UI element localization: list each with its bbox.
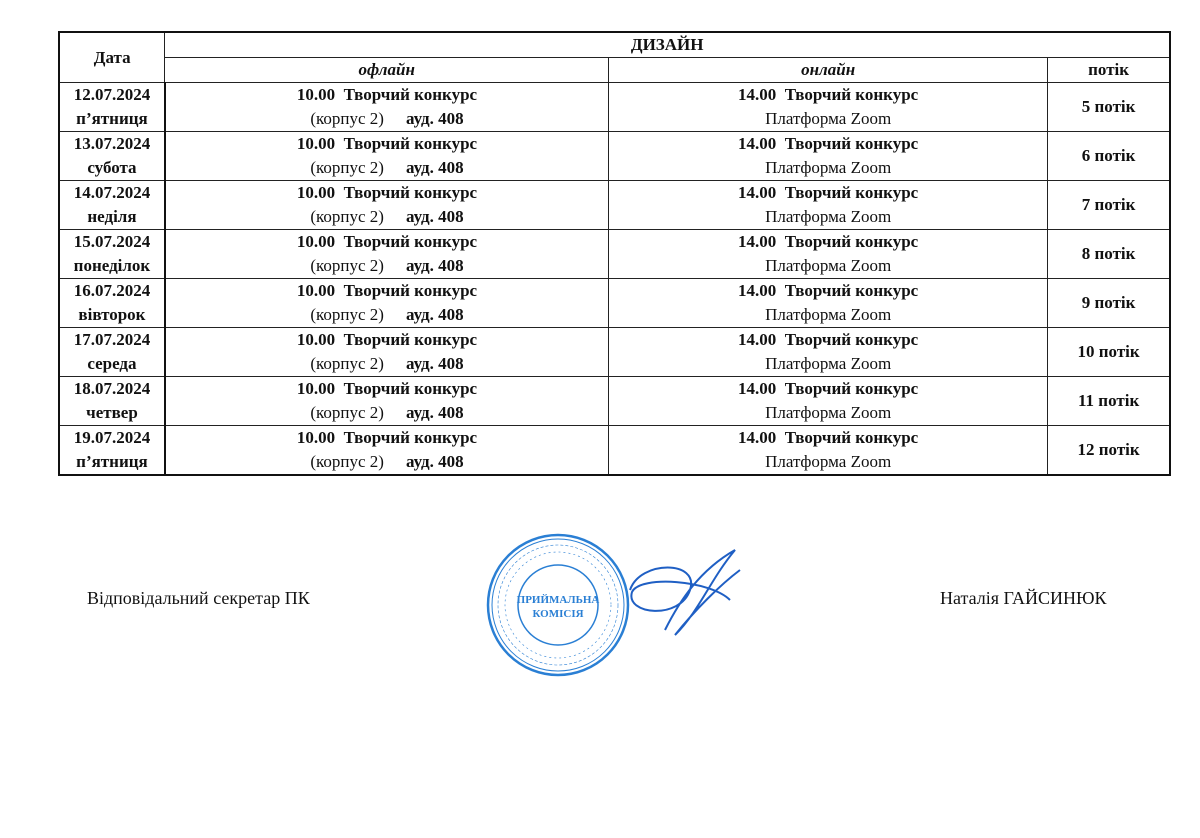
- date: 15.07.2024: [60, 230, 164, 254]
- online-platform: Платформа Zoom: [609, 450, 1047, 474]
- offline-time-event: 10.00 Творчий конкурс: [166, 83, 608, 107]
- date-cell: 17.07.2024 середа: [59, 328, 165, 377]
- offline-room: ауд. 408: [406, 158, 464, 177]
- online-platform: Платформа Zoom: [609, 205, 1047, 229]
- date-cell: 12.07.2024 п’ятниця: [59, 83, 165, 132]
- table-row: 18.07.2024 четвер 10.00 Творчий конкурс …: [59, 377, 1170, 426]
- stream-cell: 10 потік: [1048, 328, 1170, 377]
- table-row: 15.07.2024 понеділок 10.00 Творчий конку…: [59, 230, 1170, 279]
- header-online: онлайн: [609, 58, 1048, 83]
- stream-cell: 7 потік: [1048, 181, 1170, 230]
- date: 16.07.2024: [60, 279, 164, 303]
- offline-building: (корпус 2): [310, 256, 384, 275]
- table-row: 14.07.2024 неділя 10.00 Творчий конкурс …: [59, 181, 1170, 230]
- online-cell: 14.00 Творчий конкурс Платформа Zoom: [609, 279, 1048, 328]
- offline-cell: 10.00 Творчий конкурс (корпус 2)ауд. 408: [165, 230, 609, 279]
- stream-cell: 9 потік: [1048, 279, 1170, 328]
- date-cell: 15.07.2024 понеділок: [59, 230, 165, 279]
- table-row: 13.07.2024 субота 10.00 Творчий конкурс …: [59, 132, 1170, 181]
- signatory-position: Відповідальний секретар ПК: [87, 588, 310, 609]
- offline-cell: 10.00 Творчий конкурс (корпус 2)ауд. 408: [165, 426, 609, 476]
- online-time-event: 14.00 Творчий конкурс: [609, 230, 1047, 254]
- online-cell: 14.00 Творчий конкурс Платформа Zoom: [609, 83, 1048, 132]
- offline-room: ауд. 408: [406, 109, 464, 128]
- offline-cell: 10.00 Творчий конкурс (корпус 2)ауд. 408: [165, 83, 609, 132]
- weekday: вівторок: [60, 303, 164, 327]
- offline-room: ауд. 408: [406, 305, 464, 324]
- stream-cell: 8 потік: [1048, 230, 1170, 279]
- table-row: 16.07.2024 вівторок 10.00 Творчий конкур…: [59, 279, 1170, 328]
- offline-building: (корпус 2): [310, 109, 384, 128]
- date-cell: 14.07.2024 неділя: [59, 181, 165, 230]
- online-cell: 14.00 Творчий конкурс Платформа Zoom: [609, 377, 1048, 426]
- online-time-event: 14.00 Творчий конкурс: [609, 132, 1047, 156]
- offline-building: (корпус 2): [310, 354, 384, 373]
- online-time-event: 14.00 Творчий конкурс: [609, 328, 1047, 352]
- svg-text:КОМІСІЯ: КОМІСІЯ: [532, 608, 583, 620]
- offline-time-event: 10.00 Творчий конкурс: [166, 230, 608, 254]
- offline-cell: 10.00 Творчий конкурс (корпус 2)ауд. 408: [165, 328, 609, 377]
- table-row: 17.07.2024 середа 10.00 Творчий конкурс …: [59, 328, 1170, 377]
- date-cell: 13.07.2024 субота: [59, 132, 165, 181]
- online-platform: Платформа Zoom: [609, 401, 1047, 425]
- date-cell: 18.07.2024 четвер: [59, 377, 165, 426]
- weekday: п’ятниця: [60, 107, 164, 131]
- offline-cell: 10.00 Творчий конкурс (корпус 2)ауд. 408: [165, 377, 609, 426]
- offline-time-event: 10.00 Творчий конкурс: [166, 181, 608, 205]
- online-cell: 14.00 Творчий конкурс Платформа Zoom: [609, 132, 1048, 181]
- offline-cell: 10.00 Творчий конкурс (корпус 2)ауд. 408: [165, 132, 609, 181]
- online-time-event: 14.00 Творчий конкурс: [609, 279, 1047, 303]
- stamp-icon: ПРИЙМАЛЬНА КОМІСІЯ: [483, 530, 633, 680]
- offline-room: ауд. 408: [406, 452, 464, 471]
- schedule-table: Дата ДИЗАЙН офлайн онлайн потік 12.07.20…: [58, 31, 1171, 476]
- offline-room: ауд. 408: [406, 207, 464, 226]
- online-platform: Платформа Zoom: [609, 352, 1047, 376]
- signature-icon: [620, 540, 750, 650]
- date: 18.07.2024: [60, 377, 164, 401]
- weekday: четвер: [60, 401, 164, 425]
- offline-cell: 10.00 Творчий конкурс (корпус 2)ауд. 408: [165, 181, 609, 230]
- offline-building: (корпус 2): [310, 452, 384, 471]
- online-platform: Платформа Zoom: [609, 156, 1047, 180]
- table-row: 12.07.2024 п’ятниця 10.00 Творчий конкур…: [59, 83, 1170, 132]
- online-time-event: 14.00 Творчий конкурс: [609, 83, 1047, 107]
- header-date: Дата: [59, 32, 165, 83]
- stream-cell: 11 потік: [1048, 377, 1170, 426]
- date-cell: 19.07.2024 п’ятниця: [59, 426, 165, 476]
- offline-building: (корпус 2): [310, 403, 384, 422]
- header-offline: офлайн: [165, 58, 609, 83]
- svg-text:ПРИЙМАЛЬНА: ПРИЙМАЛЬНА: [517, 594, 600, 606]
- weekday: середа: [60, 352, 164, 376]
- online-time-event: 14.00 Творчий конкурс: [609, 426, 1047, 450]
- online-platform: Платформа Zoom: [609, 254, 1047, 278]
- online-cell: 14.00 Творчий конкурс Платформа Zoom: [609, 230, 1048, 279]
- weekday: субота: [60, 156, 164, 180]
- online-time-event: 14.00 Творчий конкурс: [609, 377, 1047, 401]
- online-cell: 14.00 Творчий конкурс Платформа Zoom: [609, 426, 1048, 476]
- weekday: неділя: [60, 205, 164, 229]
- header-stream: потік: [1048, 58, 1170, 83]
- date: 12.07.2024: [60, 83, 164, 107]
- offline-building: (корпус 2): [310, 305, 384, 324]
- table-row: 19.07.2024 п’ятниця 10.00 Творчий конкур…: [59, 426, 1170, 476]
- signatory-name: Наталія ГАЙСИНЮК: [940, 588, 1106, 609]
- date: 19.07.2024: [60, 426, 164, 450]
- offline-time-event: 10.00 Творчий конкурс: [166, 426, 608, 450]
- stream-cell: 5 потік: [1048, 83, 1170, 132]
- online-platform: Платформа Zoom: [609, 107, 1047, 131]
- stream-cell: 12 потік: [1048, 426, 1170, 476]
- offline-room: ауд. 408: [406, 354, 464, 373]
- offline-room: ауд. 408: [406, 256, 464, 275]
- offline-time-event: 10.00 Творчий конкурс: [166, 279, 608, 303]
- stream-cell: 6 потік: [1048, 132, 1170, 181]
- schedule-rows: 12.07.2024 п’ятниця 10.00 Творчий конкур…: [59, 83, 1170, 476]
- offline-cell: 10.00 Творчий конкурс (корпус 2)ауд. 408: [165, 279, 609, 328]
- offline-building: (корпус 2): [310, 158, 384, 177]
- date-cell: 16.07.2024 вівторок: [59, 279, 165, 328]
- offline-time-event: 10.00 Творчий конкурс: [166, 377, 608, 401]
- online-platform: Платформа Zoom: [609, 303, 1047, 327]
- header-program: ДИЗАЙН: [165, 32, 1170, 58]
- offline-time-event: 10.00 Творчий конкурс: [166, 132, 608, 156]
- offline-time-event: 10.00 Творчий конкурс: [166, 328, 608, 352]
- date: 14.07.2024: [60, 181, 164, 205]
- date: 13.07.2024: [60, 132, 164, 156]
- offline-building: (корпус 2): [310, 207, 384, 226]
- online-cell: 14.00 Творчий конкурс Платформа Zoom: [609, 328, 1048, 377]
- online-time-event: 14.00 Творчий конкурс: [609, 181, 1047, 205]
- offline-room: ауд. 408: [406, 403, 464, 422]
- online-cell: 14.00 Творчий конкурс Платформа Zoom: [609, 181, 1048, 230]
- weekday: понеділок: [60, 254, 164, 278]
- date: 17.07.2024: [60, 328, 164, 352]
- weekday: п’ятниця: [60, 450, 164, 474]
